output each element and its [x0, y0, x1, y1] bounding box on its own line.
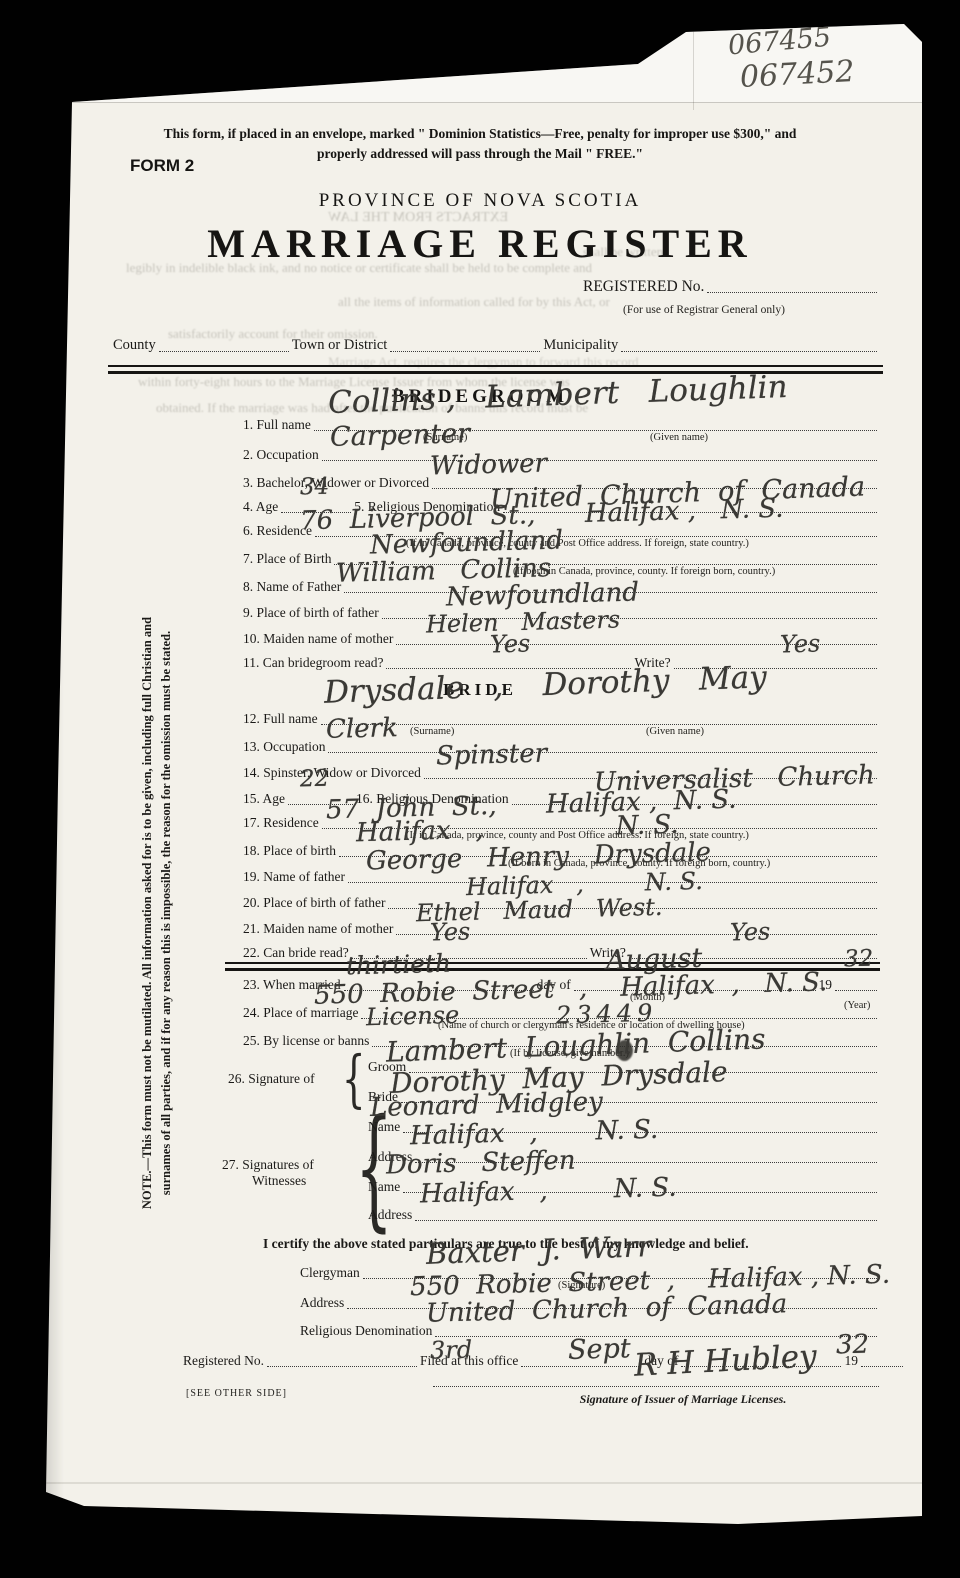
hw-witness2-address: Halifax , N. S. [420, 1175, 677, 1208]
surname-hint: (Surname) [410, 726, 454, 737]
witnesses-label-line1: 27. Signatures of [222, 1158, 314, 1173]
religion-label: Religious Denomination [300, 1324, 432, 1339]
province-heading: PROVINCE OF NOVA SCOTIA [38, 190, 922, 212]
signature-of-label: 26. Signature of [228, 1072, 315, 1087]
county-row: County Town or District Municipality [113, 338, 880, 354]
field-label: 3. Bachelor, Widower or Divorced [243, 476, 429, 491]
blank [267, 1364, 417, 1367]
hw-bride-status: Spinster [436, 741, 548, 770]
penciled-number-2: 067452 [739, 57, 855, 93]
bottom-fold [38, 1482, 922, 1484]
hw-bridegroom-status: Widower [430, 450, 548, 479]
field-label: 8. Name of Father [243, 580, 341, 595]
hw-bridegroom-age: 34 [300, 476, 330, 500]
hw-bride-read: Yes [430, 919, 471, 944]
field-label: 11. Can bridegroom read? [243, 656, 383, 671]
name-label: Name [368, 1180, 400, 1195]
hw-license-number: 23449 [556, 1001, 658, 1028]
municipality-blank [621, 349, 877, 352]
hw-bride-occupation: Clerk [326, 715, 398, 743]
hw-clergyman-religion: United Church of Canada [426, 1291, 788, 1326]
issuer-caption: Signature of Issuer of Marriage Licenses… [518, 1392, 848, 1407]
clergyman-label: Clergyman [300, 1266, 360, 1281]
hw-bride-age: 22 [300, 768, 330, 792]
hw-marriage-day: thirtieth [346, 951, 452, 979]
vertical-crease [693, 24, 694, 110]
field-label: 1. Full name [243, 418, 311, 433]
blank [861, 1364, 903, 1367]
hw-filed-year: 32 [836, 1332, 870, 1359]
field-label: 15. Age [243, 792, 285, 807]
hw-witness1-address: Halifax , N. S. [410, 1117, 659, 1149]
bleedthrough-text: all the items of information called for … [338, 294, 610, 310]
field-label: 22. Can bride read? [243, 946, 349, 961]
mail-note-line1: This form, if placed in an envelope, mar… [38, 126, 922, 142]
field-label: 2. Occupation [243, 448, 319, 463]
field-label: 19. Name of father [243, 870, 345, 885]
br-mother-row: 21. Maiden name of mother [243, 922, 880, 937]
address-label: Address [368, 1208, 412, 1223]
blank [835, 988, 877, 991]
hw-issuer-signature: R H Hubley [633, 1341, 817, 1382]
county-label: County [113, 338, 156, 354]
hw-marriage-year: 32 [844, 948, 874, 972]
registered-label: Registered No. [183, 1354, 264, 1369]
blank [415, 1218, 877, 1221]
blank [321, 722, 877, 725]
hw-bridegroom-occupation: Carpenter [330, 420, 471, 451]
field-label: 9. Place of birth of father [243, 606, 379, 621]
hw-bride-write: Yes [730, 919, 771, 944]
witnesses-label-line2: Witnesses [252, 1174, 306, 1189]
field-label: 13. Occupation [243, 740, 325, 755]
field-label: 18. Place of birth [243, 844, 336, 859]
mutilation-note-line2: surnames of all parties, and if for any … [157, 564, 176, 1262]
scanned-document: EXTRACTS FROM THE LAW shall be written l… [0, 0, 960, 1578]
blank [328, 750, 877, 753]
field-label: 21. Maiden name of mother [243, 922, 393, 937]
field-label: 17. Residence [243, 816, 319, 831]
field-label: 20. Place of birth of father [243, 896, 385, 911]
hw-marriage-month: August [606, 945, 703, 975]
registered-no-row: REGISTERED No. [583, 278, 880, 295]
given-name-hint: (Given name) [650, 432, 708, 443]
birthplace-hint: (If born in Canada, province, county. If… [513, 566, 775, 577]
address-label: Address [300, 1296, 344, 1311]
page-title: MARRIAGE REGISTER [38, 220, 922, 267]
field-label: 12. Full name [243, 712, 318, 727]
municipality-label: Municipality [543, 338, 618, 354]
town-label: Town or District [292, 338, 388, 354]
form-paper: EXTRACTS FROM THE LAW shall be written l… [38, 24, 922, 1524]
hw-clergyman-signature: Baxter J. Warr [426, 1232, 652, 1269]
mutilation-note-line1: NOTE.—This form must not be mutilated. A… [138, 564, 157, 1262]
field-label: 14. Spinster, Widow or Divorced [243, 766, 421, 781]
mutilation-note: NOTE.—This form must not be mutilated. A… [138, 564, 176, 1262]
witness2-address-row: Address [368, 1208, 880, 1223]
county-blank [159, 349, 289, 352]
registered-no-label: REGISTERED No. [583, 278, 704, 295]
left-shadow [38, 24, 64, 1524]
hw-bridegroom-read: Yes [490, 631, 531, 656]
registrar-note: (For use of Registrar General only) [623, 304, 785, 316]
form-number-label: FORM 2 [130, 156, 194, 176]
field-label: 4. Age [243, 500, 278, 515]
br-can-read-row: 22. Can bride read? Write? [243, 946, 880, 961]
see-other-side: [SEE OTHER SIDE] [186, 1388, 287, 1399]
hw-bridegroom-write: Yes [780, 631, 821, 656]
field-label: 10. Maiden name of mother [243, 632, 393, 647]
given-name-hint: (Given name) [646, 726, 704, 737]
hw-witness2-name: Doris Steffen [386, 1148, 576, 1179]
field-label: 7. Place of Birth [243, 552, 331, 567]
blank [322, 458, 877, 461]
issuer-signature-row [430, 1384, 882, 1389]
hw-filed-day: 3rd [430, 1337, 473, 1362]
hw-filed-month: Sept [568, 1335, 631, 1364]
blank [435, 1334, 877, 1337]
town-blank [390, 349, 540, 352]
blank [433, 1384, 879, 1387]
registered-no-blank [707, 290, 877, 293]
hw-license: License [366, 1003, 460, 1029]
